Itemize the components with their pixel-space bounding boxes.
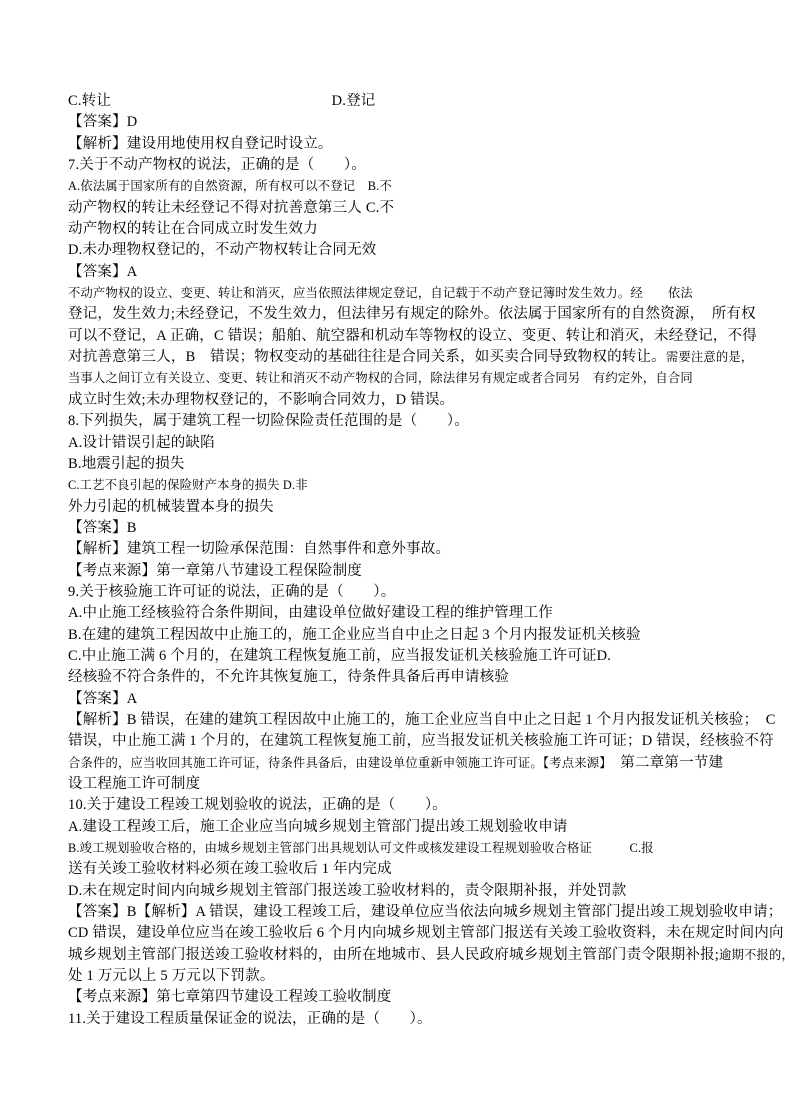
text-run: 【答案】B xyxy=(68,520,137,536)
text-run: 7.关于不动产物权的说法，正确的是（ ）。 xyxy=(68,157,366,173)
text-run: C.工艺不良引起的保险财产本身的损失 D.非 xyxy=(68,478,308,492)
text-run: C.转让 D.登记 xyxy=(68,93,376,109)
text-run: 对抗善意第三人，B 错误；物权变动的基础往往是合同关系，如买卖合同导致物权的转让… xyxy=(68,349,666,365)
document-page: C.转让 D.登记【答案】D【解析】建设用地使用权自登记时设立。7.关于不动产物… xyxy=(0,0,790,1120)
text-line: A.建设工程竣工后，施工企业应当向城乡规划主管部门提出竣工规划验收申请 xyxy=(68,817,770,838)
text-run: B.竣工规划验收合格的，由城乡规划主管部门出具规划认可文件或核发建设工程规划验收… xyxy=(68,841,654,855)
text-line: 登记，发生效力;未经登记，不发生效力，但法律另有规定的除外。依法属于国家所有的自… xyxy=(68,304,770,325)
text-run: A.建设工程竣工后，施工企业应当向城乡规划主管部门提出竣工规划验收申请 xyxy=(68,819,568,835)
text-line: 【答案】B【解析】A 错误，建设工程竣工后，建设单位应当依法向城乡规划主管部门提… xyxy=(68,902,770,923)
text-run: 动产物权的转让未经登记不得对抗善意第三人 C.不 xyxy=(68,200,394,216)
text-run: 外力引起的机械装置本身的损失 xyxy=(68,499,274,515)
text-line: A.设计错误引起的缺陷 xyxy=(68,433,770,454)
text-line: 城乡规划主管部门报送竣工验收材料的，由所在地城市、县人民政府城乡规划主管部门责令… xyxy=(68,945,770,966)
text-line: 11.关于建设工程质量保证金的说法，正确的是（ ）。 xyxy=(68,1009,770,1030)
text-run: 【答案】A xyxy=(68,691,137,707)
text-run: 【考点来源】第七章第四节建设工程竣工验收制度 xyxy=(68,989,391,1005)
text-run: B.地震引起的损失 xyxy=(68,456,185,472)
text-run: 11.关于建设工程质量保证金的说法，正确的是（ ）。 xyxy=(68,1011,432,1027)
text-run: 第二章第一节建 xyxy=(606,755,724,771)
text-line: B.在建的建筑工程因故中止施工的，施工企业应当自中止之日起 3 个月内报发证机关… xyxy=(68,625,770,646)
text-line: 成立时生效;未办理物权登记的，不影响合同效力，D 错误。 xyxy=(68,390,770,411)
text-line: D.未在规定时间内向城乡规划主管部门报送竣工验收材料的，责令限期补报，并处罚款 xyxy=(68,881,770,902)
text-line: 【答案】B xyxy=(68,518,770,539)
text-line: 7.关于不动产物权的说法，正确的是（ ）。 xyxy=(68,155,770,176)
text-run: 送有关竣工验收材料必须在竣工验收后 1 年内完成 xyxy=(68,861,392,877)
text-line: B.竣工规划验收合格的，由城乡规划主管部门出具规划认可文件或核发建设工程规划验收… xyxy=(68,838,770,859)
text-line: 可以不登记，A 正确，C 错误；船舶、航空器和机动车等物权的设立、变更、转让和消… xyxy=(68,326,770,347)
text-run: 动产物权的转让在合同成立时发生效力 xyxy=(68,221,318,237)
text-run: 可以不登记，A 正确，C 错误；船舶、航空器和机动车等物权的设立、变更、转让和消… xyxy=(68,328,757,344)
text-line: 合条件的，应当收回其施工许可证，待条件具备后，由建设单位重新申领施工许可证。【考… xyxy=(68,753,770,774)
text-line: 【答案】D xyxy=(68,112,770,133)
text-line: C.中止施工满 6 个月的，在建筑工程恢复施工前，应当报发证机关核验施工许可证D… xyxy=(68,646,770,667)
text-run: A.设计错误引起的缺陷 xyxy=(68,435,215,451)
text-line: 当事人之间订立有关设立、变更、转让和消灭不动产物权的合同，除法律另有规定或者合同… xyxy=(68,368,770,389)
text-run: B.在建的建筑工程因故中止施工的，施工企业应当自中止之日起 3 个月内报发证机关… xyxy=(68,627,641,643)
text-line: 【考点来源】第一章第八节建设工程保险制度 xyxy=(68,561,770,582)
text-run: 城乡规划主管部门报送竣工验收材料的，由所在地城市、县人民政府城乡规划主管部门责令… xyxy=(68,947,719,963)
text-run: 【解析】建筑工程一切险承保范围：自然事件和意外事故。 xyxy=(68,541,450,557)
text-line: 处 1 万元以上 5 万元以下罚款。 xyxy=(68,966,770,987)
text-line: 【答案】A xyxy=(68,262,770,283)
text-line: A.依法属于国家所有的自然资源，所有权可以不登记 B.不 xyxy=(68,176,770,197)
text-run: 经核验不符合条件的，不允许其恢复施工，待条件具备后再申请核验 xyxy=(68,669,509,685)
text-line: 【解析】建设用地使用权自登记时设立。 xyxy=(68,134,770,155)
text-run: 9.关于核验施工许可证的说法，正确的是（ ）。 xyxy=(68,584,395,600)
text-line: 送有关竣工验收材料必须在竣工验收后 1 年内完成 xyxy=(68,859,770,880)
text-line: 8.下列损失，属于建筑工程一切险保险责任范围的是（ ）。 xyxy=(68,411,770,432)
text-line: 【考点来源】第七章第四节建设工程竣工验收制度 xyxy=(68,987,770,1008)
text-line: 对抗善意第三人，B 错误；物权变动的基础往往是合同关系，如买卖合同导致物权的转让… xyxy=(68,347,770,368)
text-line: C.转让 D.登记 xyxy=(68,91,770,112)
text-run: D.未办理物权登记的，不动产物权转让合同无效 xyxy=(68,242,377,258)
text-run: 【答案】A xyxy=(68,264,137,280)
text-run: C.中止施工满 6 个月的，在建筑工程恢复施工前，应当报发证机关核验施工许可证D… xyxy=(68,648,611,664)
text-run: 【考点来源】第一章第八节建设工程保险制度 xyxy=(68,563,362,579)
text-run: CD 错误，建设单位应当在竣工验收后 6 个月内向城乡规划主管部门报送有关竣工验… xyxy=(68,925,784,941)
text-line: CD 错误，建设单位应当在竣工验收后 6 个月内向城乡规划主管部门报送有关竣工验… xyxy=(68,923,770,944)
text-line: 【解析】建筑工程一切险承保范围：自然事件和意外事故。 xyxy=(68,539,770,560)
text-line: 动产物权的转让未经登记不得对抗善意第三人 C.不 xyxy=(68,198,770,219)
text-run: 【解析】B 错误，在建的建筑工程因故中止施工的，施工企业应当自中止之日起 1 个… xyxy=(68,712,776,728)
text-run: 【答案】B【解析】A 错误，建设工程竣工后，建设单位应当依法向城乡规划主管部门提… xyxy=(68,904,782,920)
text-run: 合条件的，应当收回其施工许可证，待条件具备后，由建设单位重新申领施工许可证。【考… xyxy=(68,756,606,770)
text-run: 错误，中止施工满 1 个月的，在建筑工程恢复施工前，应当报发证机关核验施工许可证… xyxy=(68,733,774,749)
text-line: 不动产物权的设立、变更、转让和消灭，应当依照法律规定登记，自记载于不动产登记簿时… xyxy=(68,283,770,304)
text-line: 动产物权的转让在合同成立时发生效力 xyxy=(68,219,770,240)
text-line: 9.关于核验施工许可证的说法，正确的是（ ）。 xyxy=(68,582,770,603)
text-run: A.依法属于国家所有的自然资源，所有权可以不登记 B.不 xyxy=(68,179,392,193)
text-line: D.未办理物权登记的，不动产物权转让合同无效 xyxy=(68,240,770,261)
text-line: 外力引起的机械装置本身的损失 xyxy=(68,497,770,518)
text-run: 【解析】建设用地使用权自登记时设立。 xyxy=(68,136,333,152)
text-line: 【答案】A xyxy=(68,689,770,710)
text-run: A.中止施工经核验符合条件期间，由建设单位做好建设工程的维护管理工作 xyxy=(68,605,553,621)
text-line: B.地震引起的损失 xyxy=(68,454,770,475)
text-line: A.中止施工经核验符合条件期间，由建设单位做好建设工程的维护管理工作 xyxy=(68,603,770,624)
text-line: 【解析】B 错误，在建的建筑工程因故中止施工的，施工企业应当自中止之日起 1 个… xyxy=(68,710,770,731)
text-run: D.未在规定时间内向城乡规划主管部门报送竣工验收材料的，责令限期补报，并处罚款 xyxy=(68,883,626,899)
text-run: 8.下列损失，属于建筑工程一切险保险责任范围的是（ ）。 xyxy=(68,413,469,429)
text-run: 10.关于建设工程竣工规划验收的说法，正确的是（ ）。 xyxy=(68,797,447,813)
text-run: 【答案】D xyxy=(68,114,137,130)
text-run: 成立时生效;未办理物权登记的，不影响合同效力，D 错误。 xyxy=(68,392,454,408)
text-run: 不动产物权的设立、变更、转让和消灭，应当依照法律规定登记，自记载于不动产登记簿时… xyxy=(68,286,693,300)
text-line: 错误，中止施工满 1 个月的，在建筑工程恢复施工前，应当报发证机关核验施工许可证… xyxy=(68,731,770,752)
text-run: 需要注意的是， xyxy=(666,350,753,364)
text-run: 登记，发生效力;未经登记，不发生效力，但法律另有规定的除外。依法属于国家所有的自… xyxy=(68,306,756,322)
text-run: 当事人之间订立有关设立、变更、转让和消灭不动产物权的合同，除法律另有规定或者合同… xyxy=(68,371,693,385)
text-line: C.工艺不良引起的保险财产本身的损失 D.非 xyxy=(68,475,770,496)
text-run: 逾期不报的， xyxy=(719,948,790,962)
text-line: 设工程施工许可制度 xyxy=(68,774,770,795)
text-line: 10.关于建设工程竣工规划验收的说法，正确的是（ ）。 xyxy=(68,795,770,816)
text-run: 设工程施工许可制度 xyxy=(68,776,200,792)
text-run: 处 1 万元以上 5 万元以下罚款。 xyxy=(68,968,275,984)
text-line: 经核验不符合条件的，不允许其恢复施工，待条件具备后再申请核验 xyxy=(68,667,770,688)
